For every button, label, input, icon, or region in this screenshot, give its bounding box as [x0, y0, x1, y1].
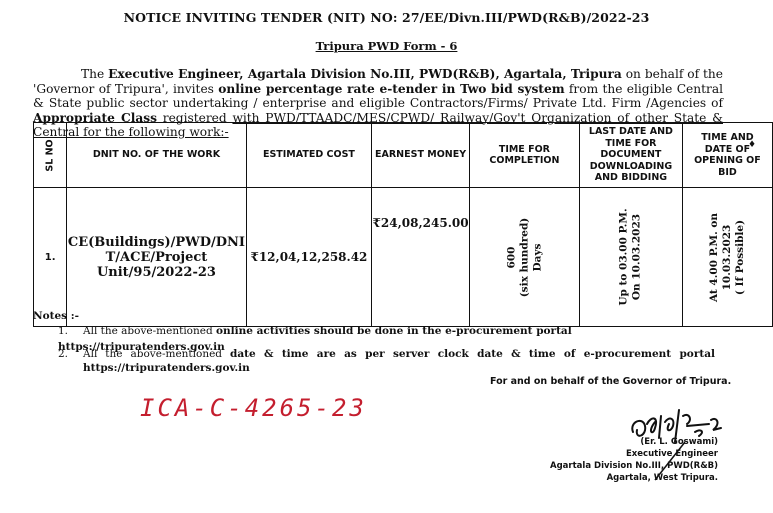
- signature-block: (Er. L. Goswami) Executive Engineer Agar…: [550, 436, 718, 484]
- header-last-date: LAST DATE AND TIME FOR DOCUMENT DOWNLOAD…: [579, 123, 682, 188]
- cell-estimated-cost: ₹12,04,12,258.42: [246, 188, 372, 327]
- cell-opening: At 4.00 P.M. on 10.03.2023 ( If Possible…: [682, 188, 772, 327]
- dnit-line: T/ACE/Project: [67, 250, 245, 265]
- last-date-line: On 10.03.2023: [631, 208, 644, 305]
- opening-line: ( If Possible): [734, 212, 747, 301]
- table-row: 1. CE(Buildings)/PWD/DNI T/ACE/Project U…: [34, 188, 773, 327]
- header-dnit: DNIT NO. OF THE WORK: [67, 123, 246, 188]
- intro-text: The: [81, 67, 108, 81]
- completion-line: 600: [505, 217, 518, 297]
- cell-dnit: CE(Buildings)/PWD/DNI T/ACE/Project Unit…: [67, 188, 246, 327]
- signatory-designation: Executive Engineer: [550, 448, 718, 460]
- work-table: SL NO DNIT NO. OF THE WORK ESTIMATED COS…: [33, 122, 773, 327]
- cell-last-date: Up to 03.00 P.M. On 10.03.2023: [579, 188, 682, 327]
- completion-line: (six hundred): [518, 217, 531, 297]
- completion-line: Days: [531, 217, 544, 297]
- issuing-authority: Executive Engineer, Agartala Division No…: [108, 67, 622, 81]
- tender-type: online percentage rate e-tender in Two b…: [218, 82, 564, 96]
- header-time-completion: TIME FOR COMPLETION: [469, 123, 579, 188]
- dnit-line: CE(Buildings)/PWD/DNI: [67, 235, 245, 250]
- header-earnest-money: EARNEST MONEY: [372, 123, 470, 188]
- opening-line: At 4.00 P.M. on: [708, 212, 721, 301]
- header-opening: TIME AND DATE OF OPENING OF BID: [682, 123, 772, 188]
- handwritten-reference: ICA-C-4265-23: [140, 394, 367, 422]
- bullet-mark-icon: ♦: [748, 140, 756, 150]
- note-continuation-url: https://tripuratenders.gov.in: [83, 362, 250, 374]
- signatory-location: Agartala, West Tripura.: [550, 472, 718, 484]
- note-item: 2.All the above-mentioned date & time ar…: [58, 346, 718, 362]
- behalf-line: For and on behalf of the Governor of Tri…: [490, 376, 731, 387]
- signatory-office: Agartala Division No.III, PWD(R&B): [550, 460, 718, 472]
- cell-time-completion: 600 (six hundred) Days: [469, 188, 579, 327]
- form-title: Tripura PWD Form - 6: [0, 39, 773, 53]
- nit-title: NOTICE INVITING TENDER (NIT) NO: 27/EE/D…: [0, 10, 773, 25]
- signatory-name: (Er. L. Goswami): [550, 436, 718, 448]
- dnit-line: Unit/95/2022-23: [67, 265, 245, 280]
- cell-earnest-money: ₹24,08,245.00: [372, 188, 470, 327]
- header-estimated-cost: ESTIMATED COST: [246, 123, 372, 188]
- last-date-line: Up to 03.00 P.M.: [618, 208, 631, 305]
- opening-line: 10.03.2023: [721, 212, 734, 301]
- table-header-row: SL NO DNIT NO. OF THE WORK ESTIMATED COS…: [34, 123, 773, 188]
- cell-sl-no: 1.: [34, 188, 67, 327]
- notes-label: Notes :-: [33, 310, 79, 322]
- header-sl-no: SL NO: [34, 123, 67, 188]
